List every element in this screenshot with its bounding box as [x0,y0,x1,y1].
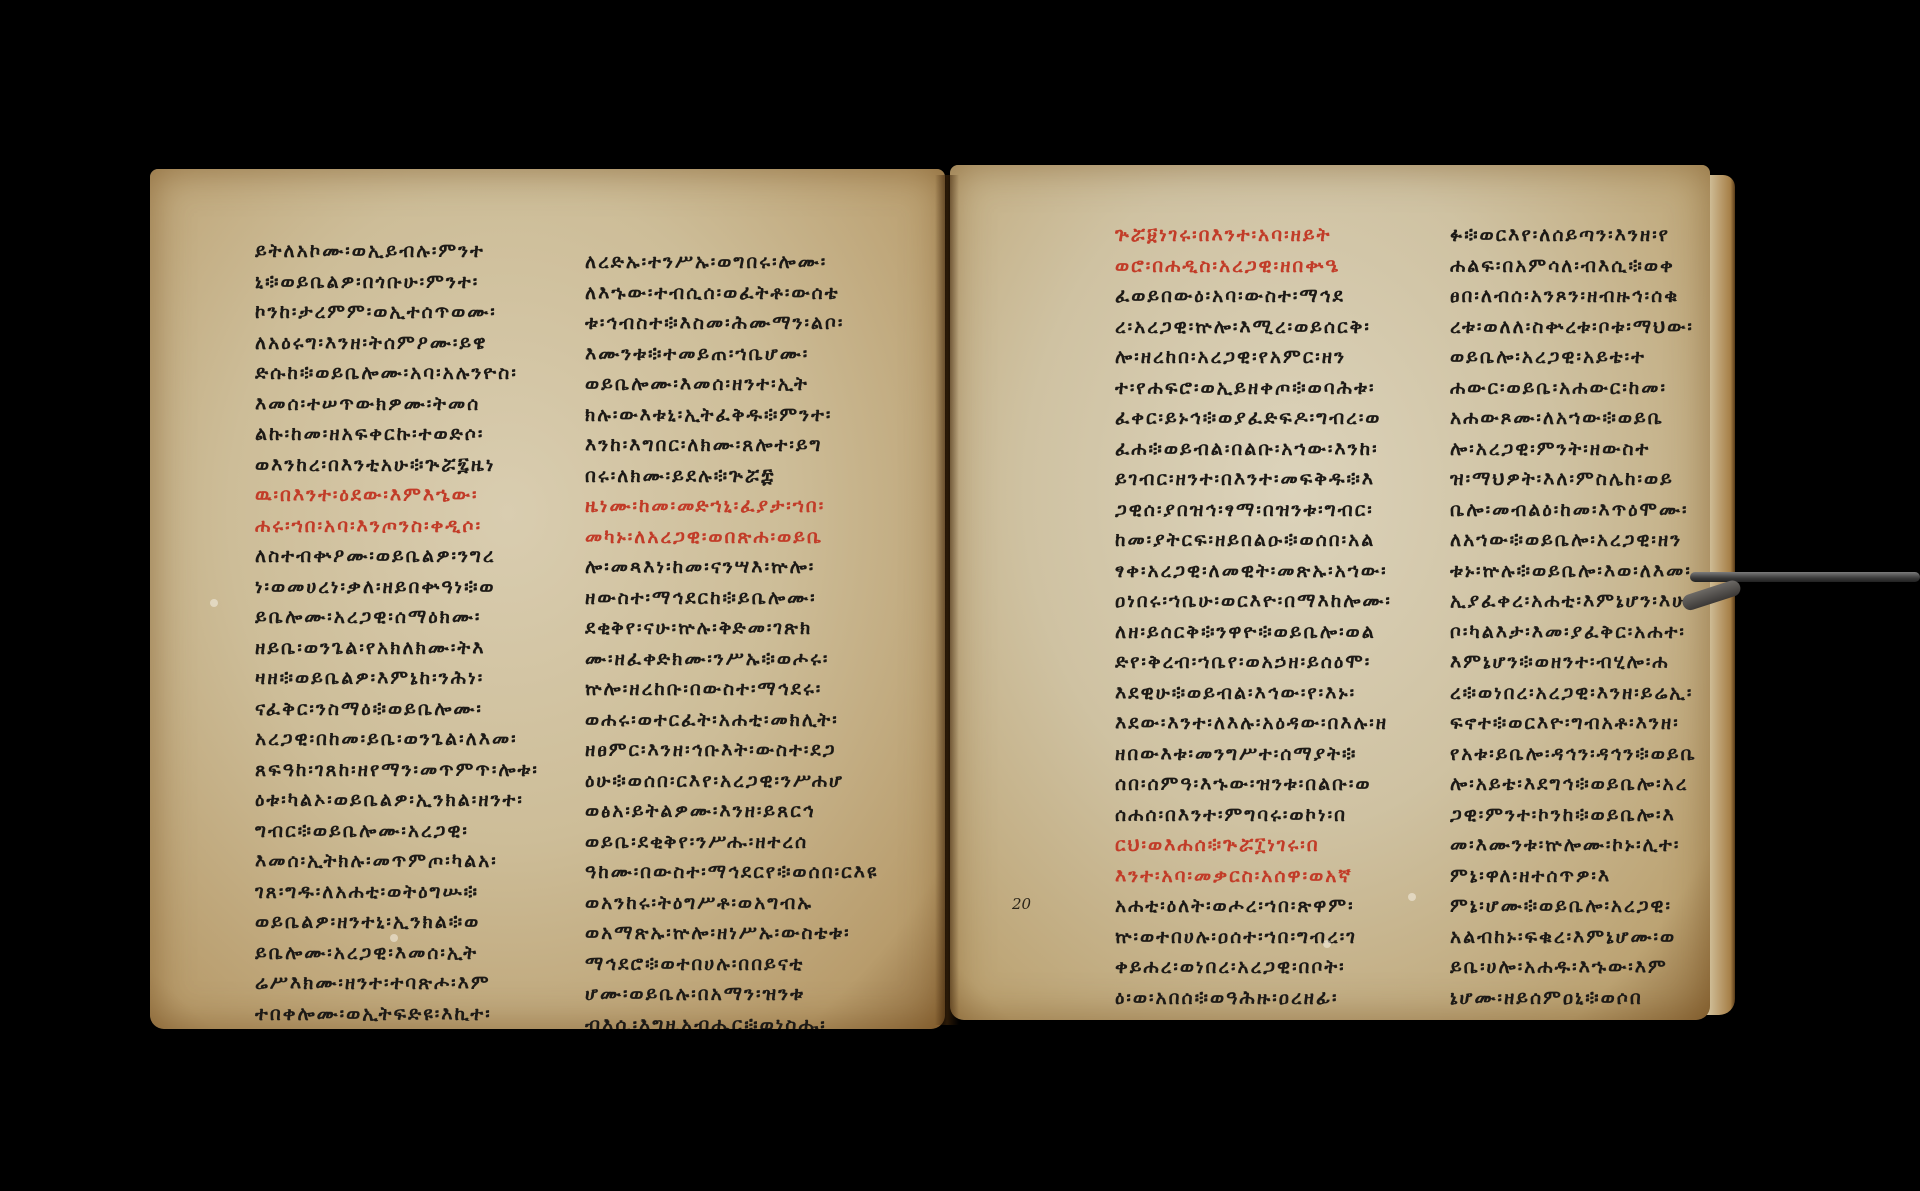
text-line: ወአማጽኡ፡ኵሎ፡ዘነሥኡ፡ውስቴቱ፡ [585,918,915,949]
rubric-line: ወሮ፡በሐዲስ፡አረጋዊ፡ዘበቍዔ [1115,251,1425,282]
text-line: እደው፡እንተ፡ለእሉ፡አዕዳው፡በእሉ፡ዘ [1115,708,1425,739]
text-line: ወአንከሩ፡ትዕግሥቶ፡ወአግብኡ [585,888,915,919]
text-line: ዕ፡ወ፡አበሰ፨ወዓሕዙ፡ዐረዘፊ፡ [1115,983,1425,1014]
right-page-column-2: ፉ፨ወርእየ፡ለሰይጣን፡እንዘ፡የሐልፍ፡በአምሳለ፡ብእሲ፨ወቀፀበ፡ለብሰ… [1450,220,1710,1020]
rubric-line: ሐሩ፡ኀበ፡አባ፡እንጦንስ፡ቀዲሶ፡ [255,511,575,542]
text-line: ወይቤሎሙ፡እመሰ፡ዘንተ፡ኢት [585,369,915,400]
text-line: ረቱ፡ወለለ፡ስቍረቱ፡ቦቱ፡ማህው፡ [1450,312,1710,343]
text-line: ሐውር፡ወይቤ፡አሐውር፡ከመ፡ [1450,373,1710,404]
rubric-line: ዉ፡በእንተ፡ዕደው፡እምእኄው፡ [255,480,575,511]
book-gutter [935,175,959,1025]
text-line: ዕቱ፡ካልኦ፡ወይቤልዎ፡ኢንክል፡ዘንተ፡ [255,785,575,816]
parchment-spot [1408,893,1416,901]
text-line: ኮንከ፡ታረምም፡ወኢተሰጥወሙ፡ [255,297,575,328]
text-line: ሙ፡ዘፈቀድክሙ፡ንሥኡ፨ወሖሩ፡ [585,644,915,675]
text-line: ተ፡የሐፍሮ፡ወኢይዘቀጦ፨ወባሕቱ፡ [1115,373,1425,404]
text-line: ዘበውእቱ፡መንግሥተ፡ሰማያት፨ [1115,739,1425,770]
text-line: ሎ፡ዘረከበ፡አረጋዊ፡የአምር፡ዘን [1115,342,1425,373]
page-number: 20 [1012,895,1031,913]
text-line: ግብር፨ወይቤሎሙ፡አረጋዊ፡ [255,816,575,847]
text-line: ፈወይበውዕ፡አባ፡ውስተ፡ማኅደ [1115,281,1425,312]
text-line: የአቱ፡ይቤሎ፡ዳኅን፡ዳኅን፨ወይቤ [1450,739,1710,770]
text-line: ሎ፡አይቴ፡እደግኅ፨ወይቤሎ፡አረ [1450,769,1710,800]
text-line: ወሐሩ፡ወተርፈት፡አሐቲ፡መክሊት፡ [585,705,915,736]
text-line: ነ፡ወመሀረነ፡ቃለ፡ዘይበቍዓነ፨ወ [255,572,575,603]
text-line: ቤሎ፡መብልዕ፡ከመ፡እጥዕሞሙ፡ [1450,495,1710,526]
left-page-column-2: ለረድኡ፡ተንሥኡ፡ወግበሩ፡ሎሙ፡ለእኁው፡ተብሲሰ፡ወፈትቶ፡ውሰቴቱ፡ኅብ… [585,247,915,1029]
rubric-line: ጕሯ፱ነገሩ፡በእንተ፡አባ፡ዘይት [1115,220,1425,251]
text-line: ገጸ፡ግዱ፡ለአሐቲ፡ወትዕግሡ፨ [255,877,575,908]
text-line: ሐልፍ፡በአምሳለ፡ብእሲ፨ወቀ [1450,251,1710,282]
rubric-line: ዜነሙ፡ከመ፡መድኀኒ፡ፈያታ፡ኀበ፡ [585,491,915,522]
text-line: ምኔየ፨ወይቤሎ፡አረጋዊ፡መ [1450,1013,1710,1020]
parchment-spot [1323,940,1331,948]
text-line: ዐነበሩ፡ኀቤሁ፡ወርእዮ፡በማእከሎሙ፡ [1115,586,1425,617]
text-line: ይቤሎሙ፡አረጋዊ፡እመሰ፡ኢት [255,938,575,969]
text-line: ጸፍዓከ፡ገጸከ፡ዘየማን፡መጥምጥ፡ሎቱ፡ [255,755,575,786]
text-line: ድሱከ፨ወይቤሎሙ፡አባ፡አሉንዮስ፡ [255,358,575,389]
text-line: ወይቤ፡ደቂቅየ፡ንሥሑ፡ዘተረሰ [585,827,915,858]
text-line: ቱኑ፡ኵሉ፨ወይቤሎ፡እወ፡ለእመ፡ [1450,556,1710,587]
text-line: ሆሙ፡ወይቤሉ፡በአማን፡ዝንቱ [585,979,915,1010]
text-line: በሩ፡ለክሙ፡ይደሉ፨ጕሯ፰ [585,461,915,492]
text-line: አሐውጾሙ፡ለአኀው፨ወይቤ [1450,403,1710,434]
text-line: ከመ፡ያትርፍ፡ዘይበልዑ፨ወሰበ፡አል [1115,525,1425,556]
text-line: ምኔ፡ሆሙ፨ወይቤሎ፡አረጋዊ፡ [1450,891,1710,922]
text-line: ቱ፡ኅብስተ፨እስመ፡ሕሙማን፡ልቦ፡ [585,308,915,339]
text-line: ለአዕሩግ፡እንዘ፡ትሰምዖሙ፡ይዌ [255,328,575,359]
text-line: ድየ፡ቅረብ፡ኀቤየ፡ወአኃዘ፡ይሰዕሞ፡ [1115,647,1425,678]
text-line: ለስተብቍዖሙ፡ወይቤልዎ፡ንግረ [255,541,575,572]
rubric-line: መካኑ፡ለአረጋዊ፡ወበጽሐ፡ወይቤ [585,522,915,553]
text-line: እምኔሆን፨ወዘንተ፡ብሂሎ፡ሐ [1450,647,1710,678]
text-line: ኵሎ፡ዘረከቡ፡በውስተ፡ማኅደሩ፡ [585,674,915,705]
left-page: ይትለአኮሙ፡ወኢይብሉ፡ምንተኒ፨ወይቤልዎ፡በጎቡሁ፡ምንተ፡ኮንከ፡ታረም… [150,169,945,1029]
text-line: ፃቀ፡አረጋዊ፡ለመዊት፡መጽኡ፡አኀው፡ [1115,556,1425,587]
text-line: ፈቀር፡ይኑኅ፨ወያፈድፍዶ፡ግብረ፡ወ [1115,403,1425,434]
text-line: ዘይቤ፡ወንጌል፡የአክለክሙ፡ትእ [255,633,575,664]
text-line: ሰሐሰ፡በእንተ፡ምግባሩ፡ወኮነ፡በ [1115,800,1425,831]
left-page-column-1: ይትለአኮሙ፡ወኢይብሉ፡ምንተኒ፨ወይቤልዎ፡በጎቡሁ፡ምንተ፡ኮንከ፡ታረም… [255,236,575,1029]
parchment-spot [390,934,398,942]
text-line: ረ፨ወነበረ፡አረጋዊ፡እንዘ፡ይሬኢ፡ [1450,678,1710,709]
manuscript-book: ይትለአኮሙ፡ወኢይብሉ፡ምንተኒ፨ወይቤልዎ፡በጎቡሁ፡ምንተ፡ኮንከ፡ታረም… [150,165,1740,1035]
text-line: ይቤሎሙ፡አረጋዊ፡ሰማዕክሙ፡ [255,602,575,633]
text-line: ሎ፡አረጋዊ፡ምንት፡ዘውስተ [1450,434,1710,465]
text-line: ዛዘ፨ወይቤልዎ፡እምኔከ፡ንሕነ፡ [255,663,575,694]
text-line: ፈሐ፨ወይብል፡በልቡ፡አኀው፡እንከ፡ [1115,434,1425,465]
text-line: ዝ፡ማህዎት፡እለ፡ምስሌከ፡ወይ [1450,464,1710,495]
right-page-column-1: ጕሯ፱ነገሩ፡በእንተ፡አባ፡ዘይትወሮ፡በሐዲስ፡አረጋዊ፡ዘበቍዔፈወይበው… [1115,220,1425,1020]
text-line: አሐቲ፡ዕለት፡ወሖረ፡ኀበ፡ጽዋም፡ [1115,891,1425,922]
text-line: ዓከሙ፡በውስተ፡ማኅደርየ፨ወሰበ፡ርእዩ [585,857,915,888]
rubric-line: እንተ፡አባ፡መቃርስ፡አሰዋ፡ወአኛ [1115,861,1425,892]
text-line: ጋዊሰ፡ያበዝኅ፡ፃማ፡በዝንቱ፡ግብር፡ [1115,495,1425,526]
text-line: ፀበ፡ለብሰ፡አንጾን፡ዘብዙኅ፡ሰቁ [1450,281,1710,312]
pointer-rod [1690,572,1920,582]
text-line: ማኅደሮ፨ወተበሀሉ፡በበይናቲ [585,949,915,980]
rubric-line: ርህ፡ወእሐሰ፨ጕሯ፲ነገሩ፡በ [1115,830,1425,861]
text-line: ይገብር፡ዘንተ፡በእንተ፡መፍቅዱ፨እ [1115,464,1425,495]
text-line: ብእሲ፡እግዚአብሔር፨ወነስሑ፡ [585,1010,915,1030]
text-line: ቀይሐረ፡ወነበረ፡አረጋዊ፡በቦት፡ [1115,952,1425,983]
text-line: እመሰ፡ተሠጥውክዎሙ፡ትመሰ [255,389,575,420]
text-line: ክሉ፡ውእቱኒ፡ኢትፈቅዱ፨ምንተ፡ [585,400,915,431]
text-line: ልኩ፡ከመ፡ዘአፍቀርኩ፡ተወድሶ፡ [255,419,575,450]
text-line: እሙንቱ፨ተመይጠ፡ኀቤሆሙ፡ [585,339,915,370]
text-line: ዘፀምር፡እንዘ፡ኅቡእት፡ውስተ፡ደጋ [585,735,915,766]
text-line: ረ፡አረጋዊ፡ኵሎ፡እሚረ፡ወይሰርቅ፡ [1115,312,1425,343]
text-line: እደዊሁ፨ወይብል፡እኅው፡የ፡እኑ፡ [1115,678,1425,709]
text-line: ይትለአኮሙ፡ወኢይብሉ፡ምንተ [255,236,575,267]
text-line: ለእኁው፡ተብሲሰ፡ወፈትቶ፡ውሰቴ [585,278,915,309]
text-line: ፉ፨ወርእየ፡ለሰይጣን፡እንዘ፡የ [1450,220,1710,251]
text-line: ሬሥእክሙ፡ዘንተ፡ተባጽሖ፡እም [255,968,575,999]
text-line: አልብከኑ፡ፍቁረ፡እምኔሆሙ፡ወ [1450,922,1710,953]
text-line: ሎ፡መጻእነ፡ከመ፡ናንሣእ፡ኵሎ፡ [585,552,915,583]
text-line: መ፡እሙንቱ፡ኵሎሙ፡ኮኑ፡ሊተ፡ [1450,830,1710,861]
text-line: ዕሁ፨ወሰበ፡ርእየ፡አረጋዊ፡ንሥሐሆ [585,766,915,797]
text-line: ቦ፡ካልእታ፡እመ፡ያፈቅር፡አሐተ፡ [1450,617,1710,648]
text-line: ዘውስተ፡ማኅደርከ፨ይቤሎሙ፡ [585,583,915,614]
text-line: ዕለተ፡ጸንበረ፡አረጋዊ፡አፃአ፡እምጥ [1115,1013,1425,1020]
text-line: ኔሆሙ፡ዘይሰምዐኒ፨ወሶበ [1450,983,1710,1014]
text-line: ለአኀው፨ወይቤሎ፡አረጋዊ፡ዘን [1450,525,1710,556]
text-line: እመሰ፡ኢትክሉ፡መጥምጦ፡ካልአ፡ [255,846,575,877]
text-line: ደቂቅየ፡ናሁ፡ኵሉ፡ቅድመ፡ገጽክ [585,613,915,644]
text-line: ናፈቅር፡ንስማዕ፨ወይቤሎሙ፡ [255,694,575,725]
text-line: ምኔ፡ዋለ፡ዘተሰጥዎ፡እ [1450,861,1710,892]
right-page: ጕሯ፱ነገሩ፡በእንተ፡አባ፡ዘይትወሮ፡በሐዲስ፡አረጋዊ፡ዘበቍዔፈወይበው… [950,165,1710,1020]
text-line: ኵ፡ወተበሀሉ፡ዐሰተ፡ኀበ፡ግብረ፡ገ [1115,922,1425,953]
text-line: ወይቤሎ፡አረጋዊ፡አይቴ፡ተ [1450,342,1710,373]
text-line: አረጋዊ፡በከመ፡ይቤ፡ወንጌል፡ለእመ፡ [255,724,575,755]
text-line: ወእንከረ፡በእንቲአሁ፨ጕሯ፯ዜነ [255,450,575,481]
text-line: ለዘ፡ይሰርቅ፨ንዋዮ፨ወይቤሎ፡ወል [1115,617,1425,648]
parchment-spot [210,599,218,607]
text-line: ጋዊ፡ምንተ፡ኮንከ፨ወይቤሎ፡እ [1450,800,1710,831]
text-line: እንከ፡እግበር፡ለክሙ፡ጸሎተ፡ይግ [585,430,915,461]
text-line: ኢያፈቀረ፡አሐቲ፡እምኔሆን፡እሁ [1450,586,1710,617]
text-line: ወይቤልዎ፡ዘንተኒ፡ኢንክል፨ወ [255,907,575,938]
text-line: ኒ፨ወይቤልዎ፡በጎቡሁ፡ምንተ፡ [255,267,575,298]
text-line: ፍኖተ፨ወርእዮ፡ግብአቶ፡እንዘ፡ [1450,708,1710,739]
text-line: ይቤ፡ሀሎ፡አሐዱ፡እኁው፡እም [1450,952,1710,983]
text-line: ሰበ፡ሰምዓ፡እኁው፡ዝንቱ፡በልቡ፡ወ [1115,769,1425,800]
text-line: ተበቀሎሙ፡ወኢትፍድዩ፡እኪተ፡ [255,999,575,1030]
text-line: ለረድኡ፡ተንሥኡ፡ወግበሩ፡ሎሙ፡ [585,247,915,278]
text-line: ወፅአ፡ይትልዎሙ፡እንዘ፡ይጸርኅ [585,796,915,827]
